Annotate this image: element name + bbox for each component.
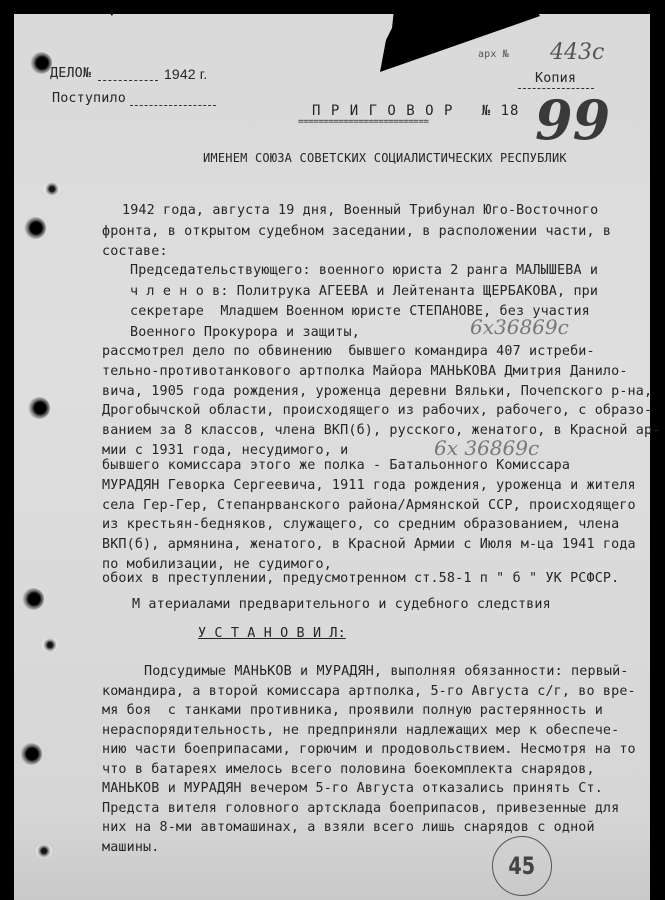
page-number-handwritten: 99 <box>535 88 610 152</box>
text-line: Председательствующего: военного юриста 2… <box>130 264 598 277</box>
text-line: машины. <box>102 841 159 854</box>
text-line: нию части боеприпасами, горючим и продов… <box>102 743 636 756</box>
text-line: МАНЬКОВ и МУРАДЯН вечером 5-го Августа о… <box>102 782 603 795</box>
text-line: МУРАДЯН Геворка Сергеевича, 1911 года ро… <box>102 479 636 492</box>
preamble: ИМЕНЕМ СОЮЗА СОВЕТСКИХ СОЦИАЛИСТИЧЕСКИХ … <box>203 152 567 164</box>
charge-line: обоих в преступлении, предусмотренном ст… <box>102 572 619 585</box>
text-line: ч л е н о в: Политрука АГЕЕВА и Лейтенан… <box>130 285 598 298</box>
text-line: по мобилизации, не судимого, <box>102 558 332 571</box>
text-line: бывшего комиссара этого же полка - Батал… <box>102 459 570 472</box>
handwritten-note: 6х36869с <box>470 315 569 339</box>
text-line: них на 8-ми автомашинах, а взяли всего л… <box>102 821 595 834</box>
text-line: командира, а второй комиссара артполка, … <box>102 685 636 698</box>
punch-hole <box>42 638 58 652</box>
text-line: ванием за 8 классов, члена ВКП(б), русск… <box>102 424 660 437</box>
document-title: П Р И Г О В О Р № 18 <box>312 104 519 118</box>
stamp-number: 45 <box>509 852 536 880</box>
text-line: тельно-противотанкового артполка Майора … <box>102 365 628 378</box>
punch-hole <box>28 397 50 419</box>
case-year: 1942 г. <box>164 67 207 81</box>
text-line: села Гер-Гер, Степанрванского района/Арм… <box>102 499 636 512</box>
case-label: ДЕЛО№ <box>50 67 91 80</box>
punch-hole <box>24 217 46 239</box>
copy-label: Копия <box>535 72 576 85</box>
punch-hole <box>36 844 52 858</box>
received-blank <box>130 105 216 106</box>
punch-hole <box>30 52 52 74</box>
text-line: Дрогобычской области, происходящего из р… <box>102 404 652 417</box>
text-line: вича, 1905 года рождения, уроженца дерев… <box>102 385 652 398</box>
text-line: фронта, в открытом судебном заседании, в… <box>102 225 611 238</box>
archive-prefix: арх № <box>478 50 509 60</box>
title-underline: ========================== <box>298 118 428 127</box>
text-line: ВКП(б), армянина, женатого, в Красной Ар… <box>102 538 636 551</box>
handwritten-note: 6х 36869с <box>434 436 539 460</box>
text-line: рассмотрел дело по обвинению бывшего ком… <box>102 345 595 358</box>
text-line: Военного Прокурора и защиты, <box>130 326 360 339</box>
text-line: составе: <box>102 245 168 258</box>
text-line: Подсудимые МАНЬКОВ и МУРАДЯН, выполняя о… <box>144 665 629 678</box>
text-line: 1942 года, августа 19 дня, Военный Трибу… <box>122 204 598 217</box>
punch-hole <box>22 588 44 610</box>
archive-number: 443с <box>550 40 604 65</box>
established-heading: У С Т А Н О В И Л: <box>198 627 346 640</box>
text-line: мии с 1931 года, несудимого, и <box>102 444 348 457</box>
text-line: Предста вителя головного артсклада боепр… <box>102 802 619 815</box>
text-line: из крестьян-бедняков, служащего, со сред… <box>102 518 619 531</box>
sheet-number-stamp: 45 <box>492 836 552 896</box>
text-line: мя боя с танками противника, проявили по… <box>102 704 603 717</box>
case-number-blank <box>98 80 158 81</box>
text-line: нераспорядительность, не предприняли над… <box>102 724 619 737</box>
punch-hole <box>44 182 60 196</box>
materials-line: М атериалами предварительного и судебног… <box>132 598 551 611</box>
text-line: что в батареях имелось всего половина бо… <box>102 763 595 776</box>
punch-hole <box>20 743 42 765</box>
received-label: Поступило <box>52 92 126 105</box>
